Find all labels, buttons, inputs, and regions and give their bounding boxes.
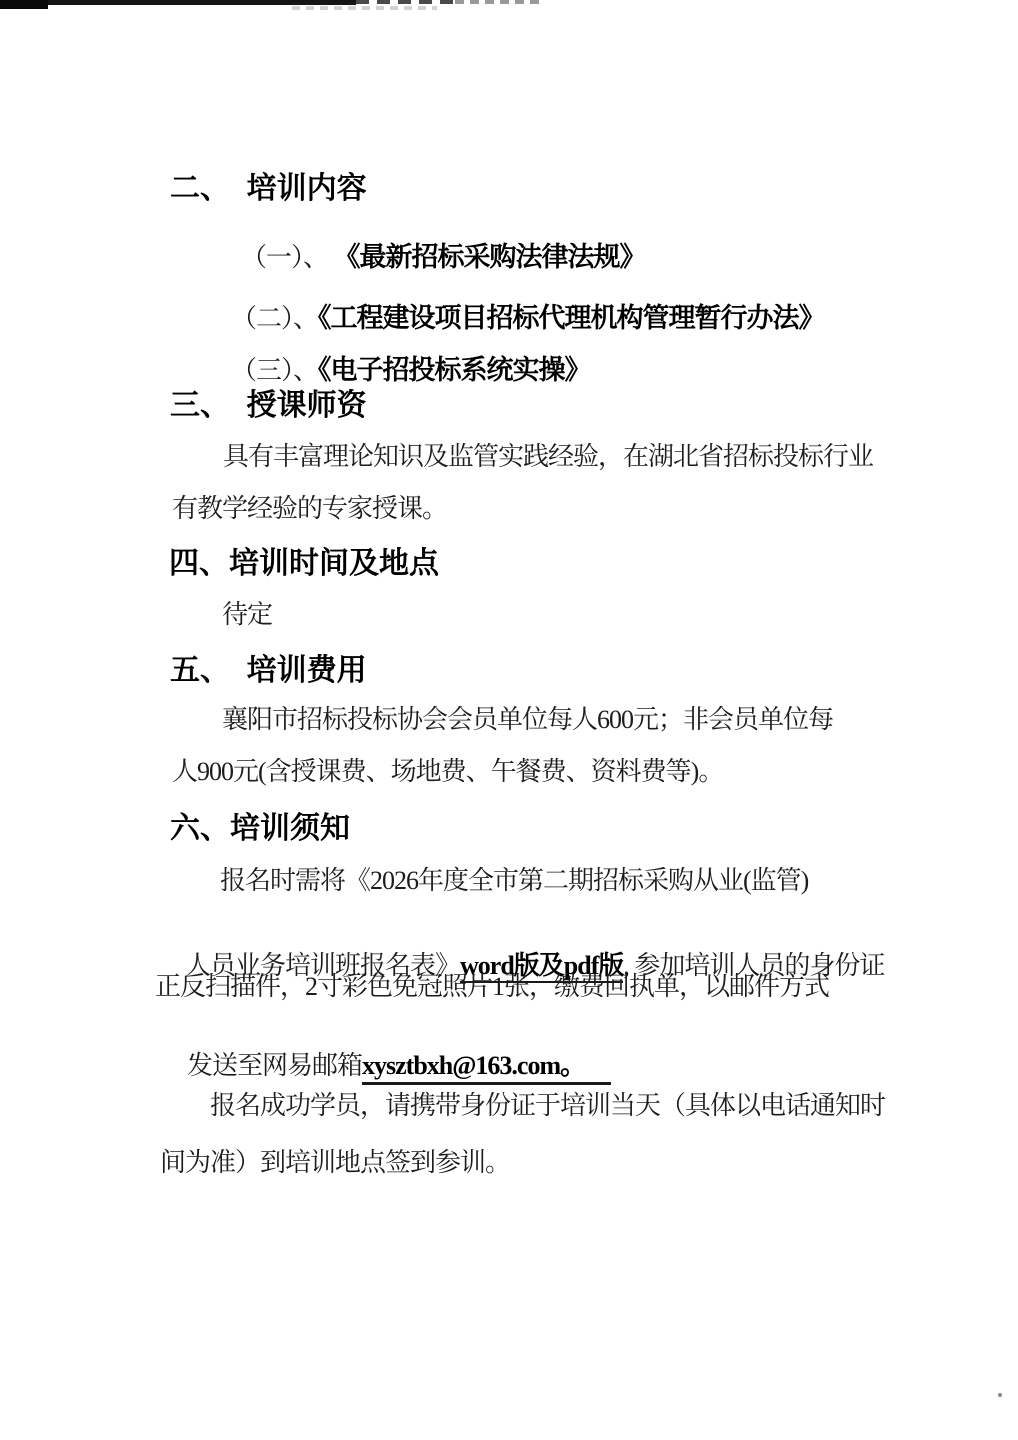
course-item-1-title: 《最新招标采购法律法规》: [334, 242, 646, 272]
scan-artifact-speck: [998, 1393, 1002, 1397]
section-heading-time-location: 四、培训时间及地点: [169, 547, 439, 581]
closing-paragraph-line-2: 间为准）到培训地点签到参训。: [160, 1148, 510, 1177]
course-item-3-title: 《电子招投标系统实操》: [318, 355, 591, 385]
course-item-2-title: 《工程建设项目招标代理机构管理暂行办法》: [318, 303, 825, 333]
scan-artifact-faint-dashes: [455, 0, 543, 4]
closing-paragraph-line-1: 报名成功学员，请携带身份证于培训当天（具体以电话通知时: [210, 1091, 885, 1120]
section-heading-notice: 六、培训须知: [170, 812, 350, 846]
notice-line-1: 报名时需将《2026年度全市第二期招标采购从业(监管): [220, 866, 808, 895]
scan-artifact-gray-marks: [292, 6, 437, 10]
time-location-value: 待定: [222, 600, 272, 629]
instructors-paragraph-line-2: 有教学经验的专家授课。: [172, 494, 447, 523]
course-item-2-number: （二）、: [231, 304, 318, 333]
section-heading-fees: 五、 培训费用: [170, 654, 367, 688]
notice-line-3: 正反扫描件，2寸彩色免冠照片1张，缴费回执单，以邮件方式: [155, 972, 829, 1001]
notice-line-4-text: 发送至网易邮箱: [187, 1051, 362, 1080]
email-address: xysztbxh@163.com。: [362, 1051, 611, 1085]
course-item-1-number: （一）、: [241, 243, 334, 272]
instructors-paragraph-line-1: 具有丰富理论知识及监管实践经验，在湖北省招标投标行业: [223, 442, 873, 471]
scanned-document-page: 二、 培训内容 （一）、 《最新招标采购法律法规》 （二）、《工程建设项目招标代…: [0, 0, 1018, 1440]
section-heading-training-content: 二、 培训内容: [170, 172, 367, 206]
course-item-1: （一）、 《最新招标采购法律法规》: [225, 224, 646, 290]
scan-artifact-corner-blob: [0, 0, 48, 9]
scan-artifact-top-bar: [0, 0, 356, 5]
fees-paragraph-line-2: 人900元(含授课费、场地费、午餐费、资料费等)。: [172, 757, 723, 786]
section-heading-instructors: 三、 授课师资: [170, 389, 367, 423]
scan-artifact-dashes: [356, 0, 458, 4]
course-item-3-number: （三）、: [231, 356, 318, 385]
fees-paragraph-line-1: 襄阳市招标投标协会会员单位每人600元；非会员单位每: [222, 705, 833, 734]
